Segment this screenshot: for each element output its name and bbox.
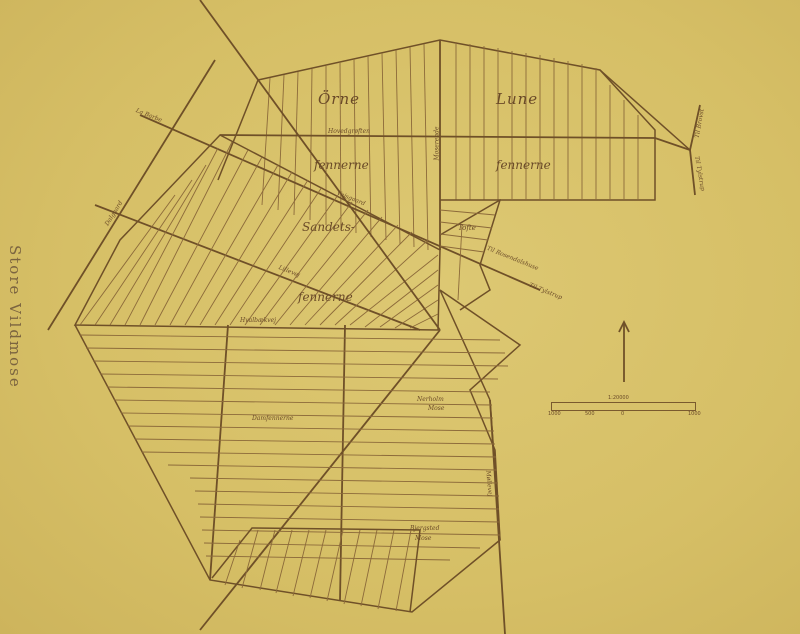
label-tofte: Tofte <box>458 224 476 232</box>
tofte-parcel <box>440 200 500 310</box>
scale-tick-0: 1000 <box>548 411 561 417</box>
label-orne: Örne <box>318 90 360 108</box>
label-damfennerne: Damfennerne <box>252 415 293 422</box>
scale-tick-2: 0 <box>621 411 624 417</box>
scale-bar <box>551 402 696 411</box>
map-side-title: Store Vildmose <box>6 245 24 389</box>
label-lune-sub: fennerne <box>496 158 551 172</box>
scale-tick-1: 500 <box>585 411 595 417</box>
label-lune: Lune <box>496 90 538 108</box>
north-arrow-icon <box>619 322 629 382</box>
orne-lune-parcel <box>218 40 690 250</box>
road-label-hvalbaek: Hvalbækvej <box>240 317 276 324</box>
label-orne-sub: fennerne <box>314 158 369 172</box>
map-sheet: Store Vildmose Örne Lune fennerne fenner… <box>0 0 800 634</box>
map-drawing <box>0 0 800 634</box>
label-sandets: Sandets- <box>302 220 355 234</box>
scale-tick-3: 1000 <box>688 411 701 417</box>
label-nerholm-mose: Mose <box>428 405 444 412</box>
north-east-roads <box>600 70 700 195</box>
label-nerholm: Nerholm <box>417 396 444 403</box>
label-bjergsted-mose: Mose <box>415 535 431 542</box>
road-label-hovedgroften: Hovedgrøften <box>328 128 370 135</box>
scale-ratio: 1:20000 <box>608 395 629 401</box>
label-bjergsted: Bjergsted <box>410 525 439 532</box>
road-label-moserende: Moserende <box>434 126 441 160</box>
label-sandets-sub: fennerne <box>298 290 353 304</box>
